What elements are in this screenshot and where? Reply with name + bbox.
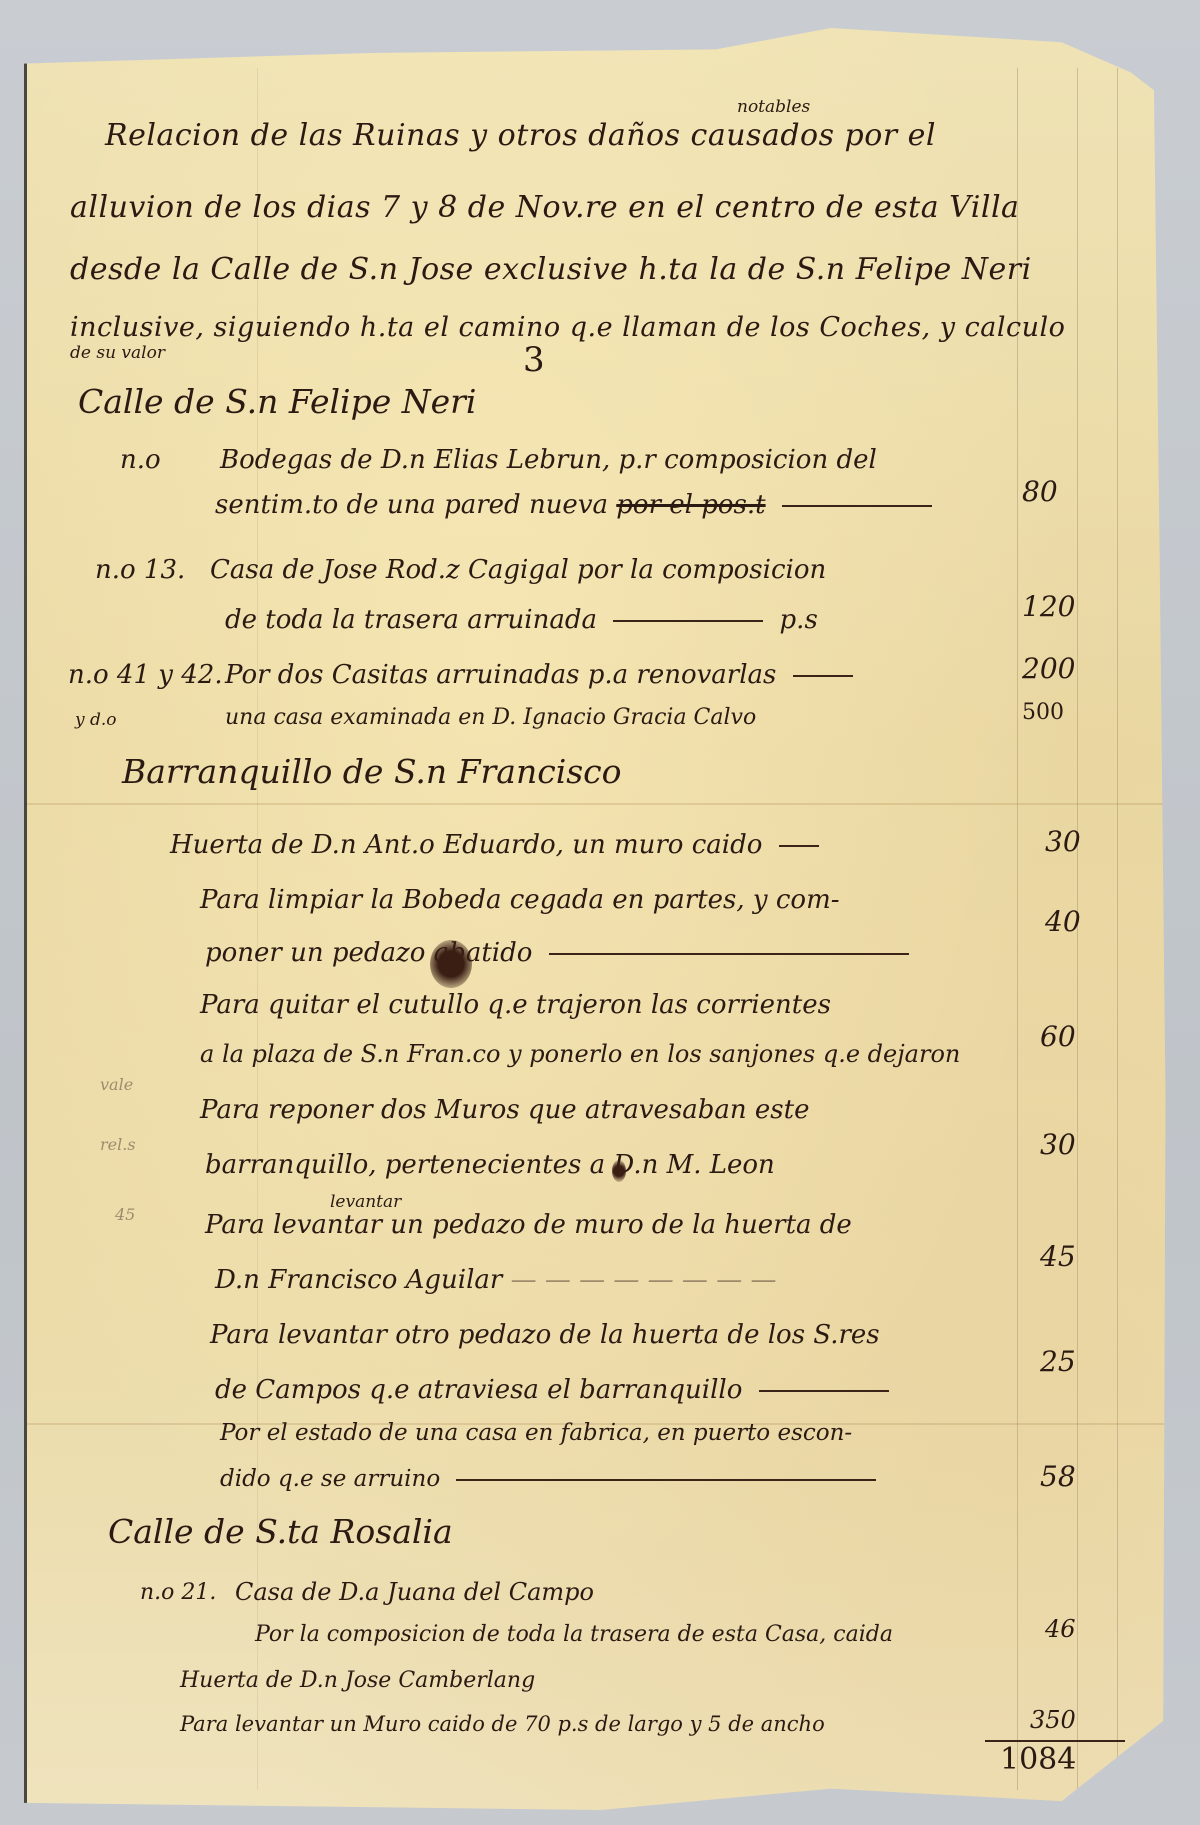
entry-line: de Campos q.e atraviesa el barranquillo — [215, 1375, 897, 1405]
leader-line — [456, 1479, 876, 1481]
entry-line: Huerta de D.n Jose Camberlang — [180, 1668, 535, 1693]
amount: 350 — [1030, 1706, 1076, 1734]
entry-line: Para levantar otro pedazo de la huerta d… — [210, 1320, 880, 1350]
entry-line: dido q.e se arruino — [220, 1466, 884, 1492]
leader-line — [779, 845, 819, 847]
entry-ref: n.o 21. — [140, 1580, 216, 1605]
entry-line-text: sentim.to de una pared nueva — [215, 490, 608, 520]
amount: 80 — [1022, 475, 1058, 508]
entry-line: Por el estado de una casa en fabrica, en… — [220, 1420, 852, 1446]
title-line-2: alluvion de los dias 7 y 8 de Nov.re en … — [70, 190, 1019, 225]
amount: 60 — [1040, 1020, 1076, 1053]
entry-line: Para levantar un pedazo de muro de la hu… — [205, 1210, 852, 1240]
margin-note: rel.s — [100, 1135, 136, 1154]
entry-line: Para reponer dos Muros que atravesaban e… — [200, 1095, 809, 1125]
section-heading-santa-rosalia: Calle de S.ta Rosalia — [108, 1512, 453, 1551]
entry-line-text: poner un pedazo abatido — [205, 938, 532, 968]
leader-line — [613, 620, 763, 622]
ink-blot — [430, 940, 472, 988]
amount: 45 — [1040, 1240, 1076, 1273]
margin-note: vale — [100, 1075, 133, 1094]
title-line-1: Relacion de las Ruinas y otros daños cau… — [105, 118, 936, 153]
entry-line: Para quitar el cutullo q.e trajeron las … — [200, 990, 831, 1020]
entry-line: D.n Francisco Aguilar — — — — — — — — — [215, 1265, 776, 1295]
amount: 46 — [1045, 1615, 1076, 1643]
fold-crease — [27, 803, 1177, 805]
amount: 40 — [1045, 905, 1081, 938]
entry-line: Por la composicion de toda la trasera de… — [255, 1622, 893, 1647]
struck-text: por el pos.t — [616, 490, 765, 520]
entry-line-text: Huerta de D.n Ant.o Eduardo, un muro cai… — [170, 830, 762, 860]
amount: 30 — [1040, 1128, 1076, 1161]
entry-ref: n.o 13. — [95, 555, 185, 585]
entry-ref: n.o 41 y 42. — [68, 660, 223, 690]
title-line-3: desde la Calle de S.n Jose exclusive h.t… — [70, 252, 1032, 287]
entry-line: Huerta de D.n Ant.o Eduardo, un muro cai… — [170, 830, 827, 860]
entry-line-text: dido q.e se arruino — [220, 1466, 440, 1492]
section-heading-barranquillo: Barranquillo de S.n Francisco — [122, 752, 622, 791]
insertion-notables: notables — [737, 97, 810, 117]
insertion-levantar: levantar — [330, 1192, 401, 1212]
amount: 30 — [1045, 825, 1081, 858]
section-heading-felipe-neri: Calle de S.n Felipe Neri — [78, 382, 476, 421]
entry-line-text: D.n Francisco Aguilar — [215, 1265, 502, 1295]
page-number: 3 — [523, 340, 545, 380]
ledger-rule — [1117, 68, 1118, 1790]
title-line-4: inclusive, siguiendo h.ta el camino q.e … — [70, 312, 1065, 343]
title-line-5: de su valor — [70, 343, 165, 363]
entry-line: Para limpiar la Bobeda cegada en partes,… — [200, 885, 840, 915]
amount: 200 — [1022, 652, 1075, 685]
entry-line: Por dos Casitas arruinadas p.a renovarla… — [225, 660, 861, 690]
entry-line: una casa examinada en D. Ignacio Gracia … — [225, 705, 756, 730]
entry-line: barranquillo, pertenecientes a D.n M. Le… — [205, 1150, 775, 1180]
total-amount: 1084 — [1000, 1742, 1076, 1777]
amount: 500 — [1022, 700, 1064, 725]
amount: 25 — [1040, 1345, 1076, 1378]
entry-line: de toda la trasera arruinada p.s — [225, 605, 818, 635]
margin-note: 45 — [115, 1205, 135, 1224]
leader-line — [793, 675, 853, 677]
entry-line: Bodegas de D.n Elias Lebrun, p.r composi… — [220, 445, 877, 475]
leader-line — [549, 953, 909, 955]
entry-line: Para levantar un Muro caido de 70 p.s de… — [180, 1712, 825, 1736]
entry-ref: y d.o — [75, 710, 117, 730]
entry-line: Casa de Jose Rod.z Cagigal por la compos… — [210, 555, 826, 585]
entry-line: Casa de D.a Juana del Campo — [235, 1578, 594, 1606]
amount: 120 — [1022, 590, 1075, 623]
dotted-leader: — — — — — — — — — [511, 1265, 777, 1295]
amount: 58 — [1040, 1460, 1076, 1493]
leader-line — [782, 505, 932, 507]
entry-ref: n.o — [120, 445, 161, 475]
entry-line: poner un pedazo abatido — [205, 938, 917, 968]
ink-blot — [612, 1160, 626, 1182]
entry-note: p.s — [780, 605, 818, 635]
entry-line: sentim.to de una pared nueva por el pos.… — [215, 490, 940, 520]
leader-line — [759, 1390, 889, 1392]
entry-line-text: Para levantar un pedazo de muro de la hu… — [205, 1210, 852, 1240]
entry-line-text: de Campos q.e atraviesa el barranquillo — [215, 1375, 742, 1405]
entry-line-text: Por dos Casitas arruinadas p.a renovarla… — [225, 660, 776, 690]
entry-line-text: de toda la trasera arruinada — [225, 605, 597, 635]
entry-line: a la plaza de S.n Fran.co y ponerlo en l… — [200, 1040, 960, 1068]
